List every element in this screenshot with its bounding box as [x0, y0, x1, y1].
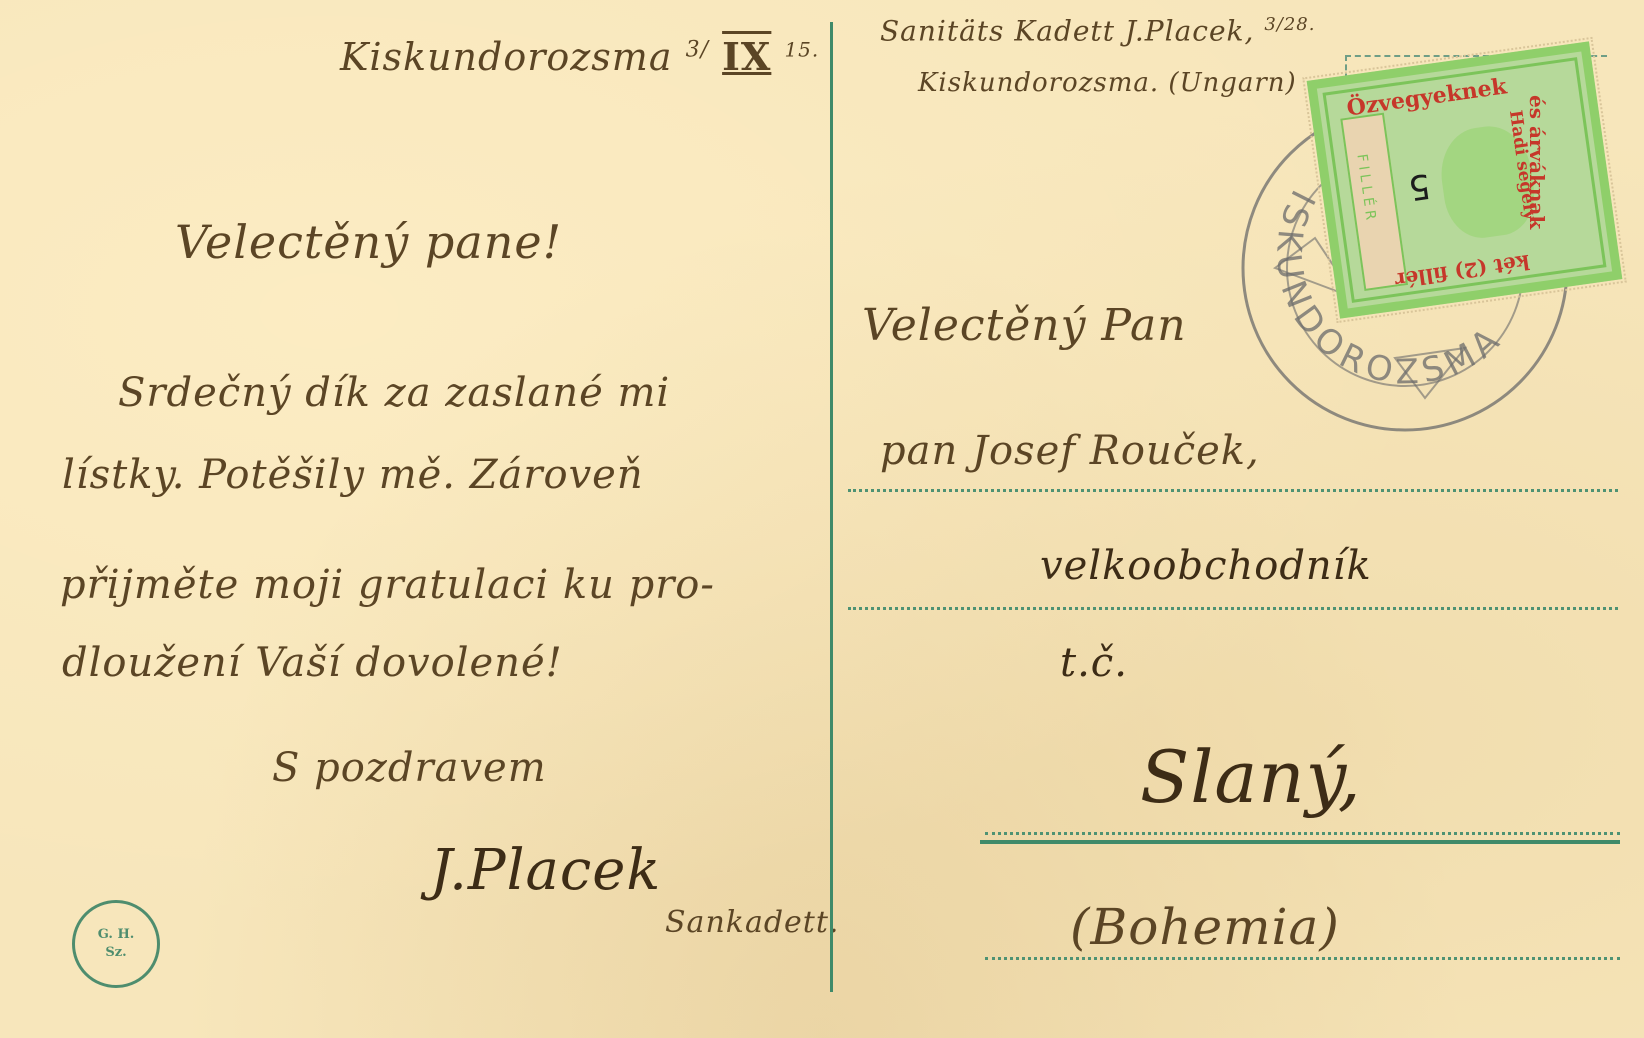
address-line-3 [985, 832, 1620, 835]
address-line-1 [848, 489, 1618, 492]
address-salutation: Velectěný Pan [862, 300, 1187, 351]
message-salutation: Velectěný pane! [175, 215, 562, 269]
signature: J.Placek [430, 838, 661, 903]
signature-title: Sankadett. [665, 905, 839, 940]
message-line-4: dloužení Vaší dovolené! [62, 640, 563, 686]
city-underline [980, 840, 1620, 844]
postage-stamp: FILLÉR 5 Özvegyeknek Hadi segély két (2)… [1307, 41, 1623, 318]
message-closing: S pozdravem [272, 745, 547, 791]
address-line-2 [848, 607, 1618, 610]
postcard: Kiskundorozsma 3/ IX 15. Velectěný pane!… [0, 0, 1644, 1038]
sender-line-2: Kiskundorozsma. (Ungarn) [918, 68, 1297, 98]
address-line-4 [985, 957, 1620, 960]
date-month: IX [722, 34, 771, 79]
sender-line-1: Sanitäts Kadett J.Placek, 3/28. [880, 14, 1315, 47]
address-city: Slaný, [1140, 735, 1362, 819]
publisher-initials: G. H. [98, 926, 135, 944]
address-name-line: pan Josef Rouček, [880, 428, 1260, 474]
center-divider [830, 22, 833, 992]
place-name: Kiskundorozsma [340, 35, 672, 79]
publisher-suffix: Sz. [105, 944, 126, 962]
date-year: 15. [784, 37, 819, 61]
address-region: (Bohemia) [1070, 898, 1340, 956]
place-date: Kiskundorozsma 3/ IX 15. [340, 34, 819, 79]
message-line-2: lístky. Potěšily mě. Zároveň [62, 452, 644, 498]
sender-date: 3/28. [1264, 14, 1315, 35]
message-line-1: Srdečný dík za zaslané mi [118, 370, 670, 416]
stamp-overprint-top-right: és árváknak [1525, 95, 1549, 229]
message-line-3: přijměte moji gratulaci ku pro- [60, 562, 715, 608]
date-fraction: 3/ [686, 37, 709, 62]
address-abbreviation: t.č. [1060, 640, 1128, 686]
sender-name: Sanitäts Kadett J.Placek, [880, 14, 1254, 47]
address-name: pan Josef Rouček, [880, 428, 1260, 474]
publisher-mark: G. H. Sz. [72, 900, 160, 988]
address-occupation: velkoobchodník [1040, 543, 1372, 589]
